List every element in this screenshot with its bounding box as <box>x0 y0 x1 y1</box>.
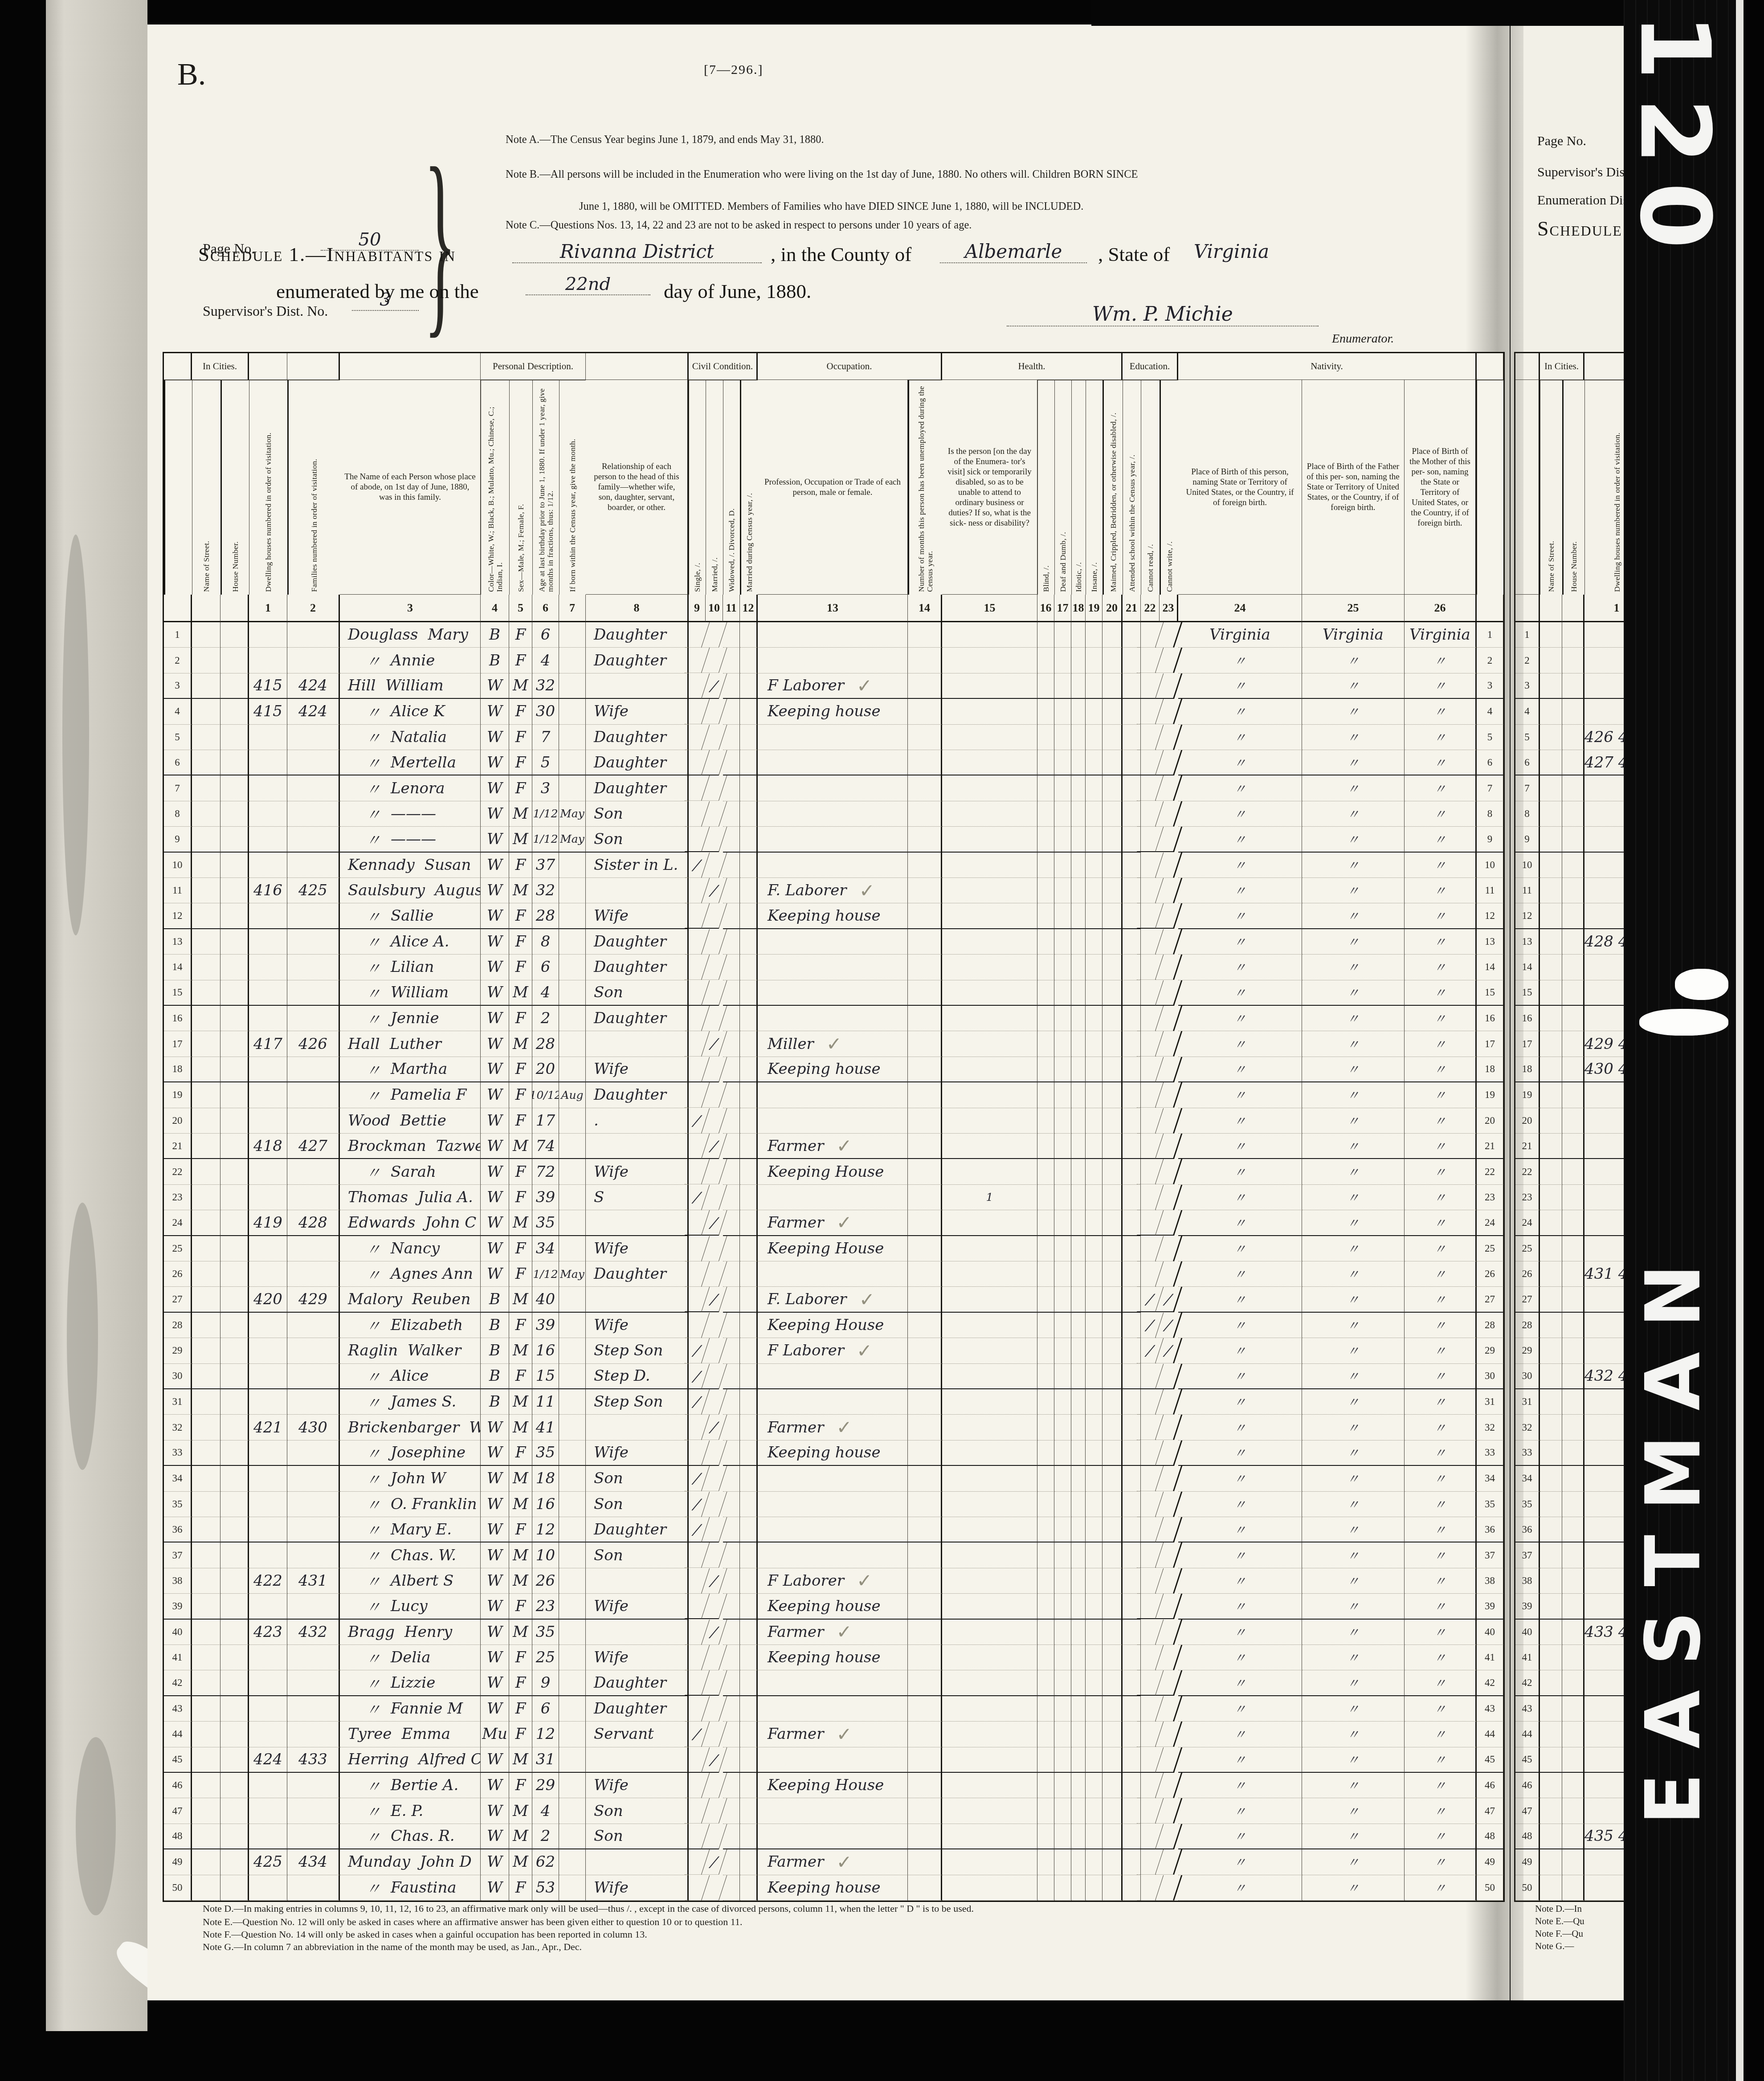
health-tick <box>1071 1261 1086 1287</box>
house-cell <box>220 1517 249 1542</box>
adjacent-blank <box>1540 1824 1562 1849</box>
relationship-value: Daughter <box>586 750 689 775</box>
supervisor-dist-label: Supervisor's Dist. No. <box>203 303 328 319</box>
column-label-ln <box>164 380 192 595</box>
given-name: Lucy <box>391 1597 428 1615</box>
adjacent-blank <box>1562 1594 1584 1619</box>
column-number-c12: 12 <box>740 595 758 622</box>
sex-value: F <box>509 1057 532 1082</box>
column-label-c5: Sex—Male, M.; Female, F. <box>509 380 532 595</box>
months-unemployed <box>908 699 942 724</box>
birthplace-ditto: 〃 <box>1302 1875 1405 1901</box>
birthplace-ditto: 〃 <box>1302 827 1405 852</box>
months-unemployed <box>908 1338 942 1363</box>
given-name: Luther <box>390 1035 441 1053</box>
film-right-edge <box>1744 0 1764 2081</box>
married-in-year-tick <box>740 1645 758 1670</box>
family-number <box>287 1057 340 1082</box>
adjacent-blank <box>1540 1364 1562 1389</box>
health-tick <box>1054 1440 1071 1466</box>
line-number-left: 23 <box>164 1185 192 1210</box>
health-tick <box>1071 648 1086 673</box>
line-number-left: 35 <box>164 1492 192 1517</box>
group-header-in_cities: In Cities. <box>192 353 249 380</box>
widowed-tick <box>723 1338 740 1363</box>
birthplace-ditto: 〃 <box>1178 955 1302 980</box>
column-number-c15: 15 <box>942 595 1037 622</box>
adjacent-blank <box>1562 878 1584 903</box>
health-tick <box>1037 1568 1054 1594</box>
family-number: 424 <box>287 673 340 699</box>
relationship-value: Wife <box>586 699 689 724</box>
house-cell <box>220 1057 249 1082</box>
health-tick <box>1037 801 1054 827</box>
adjacent-blank <box>1562 1261 1584 1287</box>
relationship-value: Daughter <box>586 775 689 801</box>
adjacent-blank <box>1562 1415 1584 1440</box>
health-tick <box>1037 1108 1054 1134</box>
health-tick <box>1071 1824 1086 1849</box>
health-tick <box>1102 1492 1123 1517</box>
health-tick <box>1037 1492 1054 1517</box>
birth-month-value <box>559 1006 586 1031</box>
health-tick <box>1102 980 1123 1006</box>
married-in-year-tick <box>740 1082 758 1108</box>
margin-smudge <box>67 1203 98 1470</box>
health-tick <box>1086 1542 1102 1568</box>
given-name: John C <box>425 1214 476 1232</box>
birth-month-value <box>559 622 586 648</box>
occupation-value <box>758 1696 908 1722</box>
months-unemployed <box>908 1159 942 1184</box>
street-cell <box>192 1134 220 1159</box>
health-tick <box>1086 1722 1102 1747</box>
street-cell <box>192 1849 220 1875</box>
given-name: Mary E. <box>391 1521 452 1538</box>
sickness-value <box>942 622 1037 648</box>
age-value: 4 <box>532 980 559 1006</box>
health-tick <box>1054 955 1071 980</box>
health-tick <box>1086 955 1102 980</box>
birthplace-ditto: 〃 <box>1405 1747 1477 1773</box>
widowed-tick <box>723 878 740 903</box>
house-cell <box>220 929 249 955</box>
adjacent-blank <box>1540 1568 1562 1594</box>
adjacent-blank <box>1540 1440 1562 1466</box>
line-number-left: 20 <box>164 1108 192 1134</box>
occupation-value <box>758 648 908 673</box>
adjacent-dwelling-entry <box>1584 1747 1624 1773</box>
color-value: W <box>481 929 509 955</box>
sickness-value <box>942 1466 1037 1491</box>
occupation-value <box>758 827 908 852</box>
health-tick <box>1086 1440 1102 1466</box>
relationship-value: Son <box>586 1824 689 1849</box>
birthplace-ditto: 〃 <box>1405 1798 1477 1824</box>
sex-value: M <box>509 1542 532 1568</box>
column-label-c12: Married during Census year, /. <box>740 380 758 595</box>
street-cell <box>192 1542 220 1568</box>
relationship-value: Servant <box>586 1722 689 1747</box>
color-value: W <box>481 1568 509 1594</box>
sex-value: M <box>509 673 532 699</box>
birth-month-value: May <box>559 1261 586 1287</box>
person-name: 〃O. Franklin <box>340 1492 481 1517</box>
street-cell <box>192 1338 220 1363</box>
adjacent-blank <box>1562 929 1584 955</box>
dwelling-number <box>249 775 287 801</box>
family-number <box>287 827 340 852</box>
house-cell <box>220 878 249 903</box>
person-name: 〃Lucy <box>340 1594 481 1619</box>
line-number-right: 18 <box>1477 1057 1503 1082</box>
health-tick <box>1086 1492 1102 1517</box>
given-name: Julia A. <box>418 1188 473 1206</box>
health-tick <box>1086 648 1102 673</box>
dwelling-number <box>249 1364 287 1389</box>
birthplace-ditto: 〃 <box>1302 648 1405 673</box>
birthplace-ditto: 〃 <box>1302 980 1405 1006</box>
birthplace-ditto: 〃 <box>1178 1210 1302 1236</box>
surname: 〃 <box>366 1544 381 1566</box>
house-cell <box>220 1134 249 1159</box>
line-number-left: 43 <box>164 1696 192 1722</box>
line-number-right: 35 <box>1477 1492 1503 1517</box>
adjacent-blank <box>1562 1440 1584 1466</box>
dwelling-number <box>249 1313 287 1338</box>
column-label-c6: Age at last birthday prior to June 1, 18… <box>532 380 559 595</box>
street-cell <box>192 801 220 827</box>
street-cell <box>192 1415 220 1440</box>
county-label: , in the County of <box>771 243 911 266</box>
dwelling-number <box>249 1082 287 1108</box>
color-value: W <box>481 1492 509 1517</box>
line-number-right: 44 <box>1477 1722 1503 1747</box>
column-label-c21: Attended school within the Census year, … <box>1123 380 1141 595</box>
adjacent-dwelling-entry <box>1584 1185 1624 1210</box>
surname: 〃 <box>366 1237 381 1259</box>
married-in-year-tick <box>740 929 758 955</box>
sickness-value <box>942 929 1037 955</box>
birthplace-ditto: 〃 <box>1405 955 1477 980</box>
birthplace-value: Virginia <box>1178 622 1302 648</box>
health-tick <box>1071 673 1086 699</box>
occupation-value <box>758 1389 908 1415</box>
health-tick <box>1054 1261 1071 1287</box>
adjacent-blank <box>1562 1185 1584 1210</box>
adjacent-blank <box>1562 1670 1584 1696</box>
line-number-left: 12 <box>164 903 192 929</box>
birthplace-ditto: 〃 <box>1405 1568 1477 1594</box>
adjacent-blank <box>1540 980 1562 1006</box>
birthplace-ditto: 〃 <box>1405 801 1477 827</box>
surname: 〃 <box>366 1775 381 1796</box>
house-cell <box>220 1875 249 1901</box>
married-in-year-tick <box>740 1287 758 1312</box>
health-tick <box>1102 1415 1123 1440</box>
age-value: 4 <box>532 648 559 673</box>
health-tick <box>1071 1696 1086 1722</box>
relationship-value: Daughter <box>586 1261 689 1287</box>
house-cell <box>220 853 249 878</box>
months-unemployed <box>908 1210 942 1236</box>
column-number-c11: 11 <box>723 595 740 622</box>
occupation-text: Farmer <box>768 1214 824 1232</box>
health-tick <box>1086 1210 1102 1236</box>
surname: 〃 <box>366 1518 381 1540</box>
occupation-value: Keeping house <box>758 1645 908 1670</box>
given-name: E. P. <box>391 1802 423 1820</box>
person-name: ThomasJulia A. <box>340 1185 481 1210</box>
sex-value: M <box>509 1492 532 1517</box>
color-value: B <box>481 1389 509 1415</box>
months-unemployed <box>908 1108 942 1134</box>
married-in-year-tick <box>740 1773 758 1798</box>
dwelling-number <box>249 1798 287 1824</box>
color-value: W <box>481 1440 509 1466</box>
family-number <box>287 980 340 1006</box>
occupation-text: Keeping house <box>768 907 881 925</box>
surname: Saulsbury <box>348 881 425 899</box>
occupation-value <box>758 750 908 775</box>
adjacent-colnum <box>1562 595 1584 622</box>
adjacent-blank <box>1540 1620 1562 1645</box>
health-tick <box>1086 1108 1102 1134</box>
health-tick <box>1071 1670 1086 1696</box>
adjacent-footnote: Note D.—In <box>1535 1903 1582 1914</box>
given-name: ——— <box>391 805 436 823</box>
birthplace-ditto: 〃 <box>1405 648 1477 673</box>
sickness-value <box>942 1006 1037 1031</box>
birthplace-ditto: 〃 <box>1178 1338 1302 1363</box>
line-number-right: 22 <box>1477 1159 1503 1184</box>
adjacent-blank <box>1562 1031 1584 1057</box>
health-tick <box>1054 1338 1071 1363</box>
widowed-tick <box>723 1849 740 1875</box>
adjacent-footnote: Note G.— <box>1535 1941 1574 1952</box>
age-value: 6 <box>532 622 559 648</box>
health-tick <box>1054 1006 1071 1031</box>
widowed-tick <box>723 1466 740 1491</box>
widowed-tick <box>723 1364 740 1389</box>
birthplace-ditto: 〃 <box>1302 673 1405 699</box>
birth-month-value <box>559 1696 586 1722</box>
sickness-value <box>942 878 1037 903</box>
sickness-value <box>942 1440 1037 1466</box>
health-tick <box>1102 725 1123 750</box>
health-tick <box>1071 1722 1086 1747</box>
health-tick <box>1071 1415 1086 1440</box>
relationship-value: Wife <box>586 1645 689 1670</box>
house-cell <box>220 1006 249 1031</box>
adjacent-dwelling-entry <box>1584 1517 1624 1542</box>
age-value: 32 <box>532 673 559 699</box>
adjacent-blank <box>1562 1747 1584 1773</box>
birth-month-value <box>559 1134 586 1159</box>
house-cell <box>220 1389 249 1415</box>
widowed-tick <box>723 827 740 852</box>
birthplace-ditto: 〃 <box>1405 1261 1477 1287</box>
health-tick <box>1037 929 1054 955</box>
sex-value: F <box>509 1670 532 1696</box>
column-label-c25: Place of Birth of the Father of this per… <box>1302 380 1405 595</box>
line-number-left: 3 <box>164 673 192 699</box>
birthplace-ditto: 〃 <box>1302 1236 1405 1261</box>
line-number-right: 37 <box>1477 1542 1503 1568</box>
widowed-tick <box>723 1773 740 1798</box>
family-number <box>287 622 340 648</box>
occupation-text: Miller <box>768 1035 814 1053</box>
health-tick <box>1086 1338 1102 1363</box>
birth-month-value <box>559 1236 586 1261</box>
health-tick <box>1054 1875 1071 1901</box>
street-cell <box>192 955 220 980</box>
color-value: B <box>481 648 509 673</box>
adjacent-blank <box>1562 1773 1584 1798</box>
column-number-c20: 20 <box>1102 595 1123 622</box>
health-tick <box>1086 827 1102 852</box>
health-tick <box>1054 622 1071 648</box>
line-number-left: 26 <box>164 1261 192 1287</box>
sickness-value <box>942 1338 1037 1363</box>
health-tick <box>1037 1440 1054 1466</box>
birthplace-ditto: 〃 <box>1302 1849 1405 1875</box>
occupation-text: F Laborer <box>768 1342 844 1359</box>
sickness-value <box>942 1082 1037 1108</box>
dwelling-number <box>249 1696 287 1722</box>
adjacent-blank <box>1562 1696 1584 1722</box>
line-number-right: 32 <box>1477 1415 1503 1440</box>
family-number <box>287 1517 340 1542</box>
street-cell <box>192 1185 220 1210</box>
occupation-text: Farmer <box>768 1419 824 1436</box>
sex-value: M <box>509 1389 532 1415</box>
column-label-c17: Deaf and Dumb, /. <box>1054 380 1071 595</box>
adjacent-supervisor-label: Supervisor's Dist <box>1537 165 1624 180</box>
dwelling-number: 422 <box>249 1568 287 1594</box>
dwelling-number: 420 <box>249 1287 287 1312</box>
person-name: 〃William <box>340 980 481 1006</box>
family-number: 434 <box>287 1849 340 1875</box>
birthplace-ditto: 〃 <box>1302 853 1405 878</box>
relationship-value: Son <box>586 1798 689 1824</box>
line-number-right: 36 <box>1477 1517 1503 1542</box>
person-name: 〃Josephine <box>340 1440 481 1466</box>
sickness-value <box>942 827 1037 852</box>
adjacent-blank <box>1540 1057 1562 1082</box>
dwelling-number <box>249 1057 287 1082</box>
age-value: 30 <box>532 699 559 724</box>
relationship-value: Daughter <box>586 1006 689 1031</box>
adjacent-blank <box>1562 853 1584 878</box>
married-in-year-tick <box>740 1236 758 1261</box>
adjacent-blank <box>1540 1261 1562 1287</box>
occupation-value <box>758 1747 908 1773</box>
health-tick <box>1102 827 1123 852</box>
dwelling-number <box>249 1236 287 1261</box>
widowed-tick <box>723 1031 740 1057</box>
surname: 〃 <box>366 1442 381 1464</box>
dwelling-number <box>249 1875 287 1901</box>
color-value: W <box>481 903 509 929</box>
line-number-left: 45 <box>164 1747 192 1773</box>
given-name: Susan <box>425 856 471 874</box>
family-number <box>287 750 340 775</box>
months-unemployed <box>908 1542 942 1568</box>
sex-value: F <box>509 1006 532 1031</box>
health-tick <box>1086 1517 1102 1542</box>
health-tick <box>1054 1824 1071 1849</box>
health-tick <box>1054 801 1071 827</box>
birth-month-value <box>559 955 586 980</box>
given-name: Chas. R. <box>391 1827 455 1845</box>
birthplace-ditto: 〃 <box>1178 1875 1302 1901</box>
health-tick <box>1071 1849 1086 1875</box>
column-label-c16: Blind, /. <box>1037 380 1054 595</box>
line-number-right: 5 <box>1477 725 1503 750</box>
married-in-year-tick <box>740 1492 758 1517</box>
given-name: Jennie <box>391 1009 439 1027</box>
age-value: 72 <box>532 1159 559 1184</box>
birth-month-value: May <box>559 801 586 827</box>
occupation-value <box>758 1185 908 1210</box>
dwelling-number <box>249 1517 287 1542</box>
color-value: W <box>481 1773 509 1798</box>
line-number-left: 25 <box>164 1236 192 1261</box>
age-value: 34 <box>532 1236 559 1261</box>
health-tick <box>1102 903 1123 929</box>
given-name: William <box>385 677 443 694</box>
sickness-value <box>942 1287 1037 1312</box>
given-name: Emma <box>401 1725 450 1743</box>
person-name: 〃Fannie M <box>340 1696 481 1722</box>
birthplace-ditto: 〃 <box>1302 1210 1405 1236</box>
birthplace-ditto: 〃 <box>1405 1006 1477 1031</box>
adjacent-dwelling-entry: 426 43 <box>1584 725 1624 750</box>
color-value: W <box>481 1517 509 1542</box>
surname: Munday <box>348 1853 410 1871</box>
birthplace-ditto: 〃 <box>1405 1466 1477 1491</box>
birthplace-ditto: 〃 <box>1405 1670 1477 1696</box>
married-in-year-tick <box>740 1466 758 1491</box>
dwelling-number: 421 <box>249 1415 287 1440</box>
months-unemployed <box>908 1747 942 1773</box>
months-unemployed <box>908 903 942 929</box>
widowed-tick <box>723 1645 740 1670</box>
family-number: 428 <box>287 1210 340 1236</box>
note-b-line2: June 1, 1880, will be OMITTED. Members o… <box>579 200 1083 213</box>
birthplace-ditto: 〃 <box>1405 980 1477 1006</box>
adjacent-blank <box>1540 775 1562 801</box>
dwelling-number <box>249 1645 287 1670</box>
health-tick <box>1071 1057 1086 1082</box>
sickness-value <box>942 1261 1037 1287</box>
house-cell <box>220 1236 249 1261</box>
health-tick <box>1037 827 1054 852</box>
adjacent-blank <box>1540 1594 1562 1619</box>
birthplace-ditto: 〃 <box>1178 1134 1302 1159</box>
state-label: , State of <box>1098 243 1170 266</box>
color-value: W <box>481 1082 509 1108</box>
given-name: Alice <box>391 1367 429 1385</box>
sickness-value <box>942 775 1037 801</box>
street-cell <box>192 1517 220 1542</box>
adjacent-blank <box>1562 1159 1584 1184</box>
house-cell <box>220 1492 249 1517</box>
given-name: Alice A. <box>391 933 449 951</box>
line-number-left: 48 <box>164 1824 192 1849</box>
health-tick <box>1071 1185 1086 1210</box>
